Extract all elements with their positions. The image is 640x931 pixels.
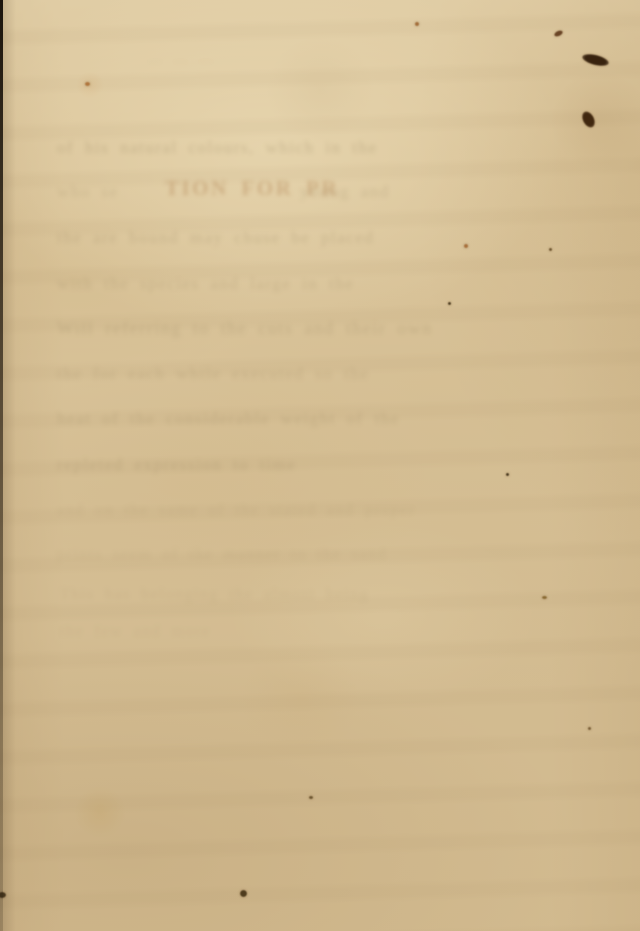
ghost-line-accent: TION FOR PR: [165, 176, 339, 201]
ghost-line: heat of the considerable weight of the: [57, 409, 400, 429]
ghost-line: with the species and large in the: [57, 274, 354, 294]
ghost-line: repleted expression to time: [57, 455, 296, 475]
debris-speck: [415, 22, 419, 26]
debris-speck: [542, 596, 547, 599]
debris-speck: [553, 29, 563, 37]
paper-banding-texture: [0, 0, 640, 931]
debris-speck: [464, 244, 468, 248]
paper-texture: [0, 0, 640, 931]
debris-speck: [580, 109, 598, 129]
ghost-line: — — —: [148, 54, 215, 70]
ghost-line: of his natural colours, which in the: [57, 138, 378, 158]
ghost-line: This has belonging the almost being: [60, 586, 369, 604]
debris-speck: [506, 473, 509, 476]
ghost-line: Will referring to the cuts and their own: [57, 318, 433, 339]
ghost-line: young and: [300, 182, 390, 202]
foxing-stain: [74, 786, 126, 838]
ghost-line: prints seem of the manner to the sand: [57, 546, 387, 564]
foxing-stain: [265, 35, 375, 145]
page-left-edge: [0, 0, 3, 931]
debris-speck: [240, 890, 247, 897]
ghost-line: and on the same of the stated and proper: [57, 502, 416, 520]
debris-speck: [309, 796, 313, 799]
debris-speck: [549, 248, 552, 251]
ghost-line: the are bound may chuse be placed: [57, 228, 374, 248]
debris-speck: [588, 727, 591, 730]
ghost-line: who se: [57, 182, 119, 202]
ghost-line: the for each while executed so the: [57, 364, 369, 384]
foxing-stain: [240, 640, 360, 760]
stain-layer: [0, 0, 640, 931]
debris-speck: [448, 302, 451, 305]
ghost-line: the few and more: [60, 623, 211, 641]
debris-speck: [581, 52, 610, 68]
debris-speck: [85, 82, 90, 86]
foxing-stain: [550, 70, 640, 170]
foxing-stain: [76, 71, 104, 99]
ghost-text-layer: — — —of his natural colours, which in th…: [0, 0, 640, 931]
scanned-book-page: — — —of his natural colours, which in th…: [0, 0, 640, 931]
debris-layer: [0, 0, 640, 931]
